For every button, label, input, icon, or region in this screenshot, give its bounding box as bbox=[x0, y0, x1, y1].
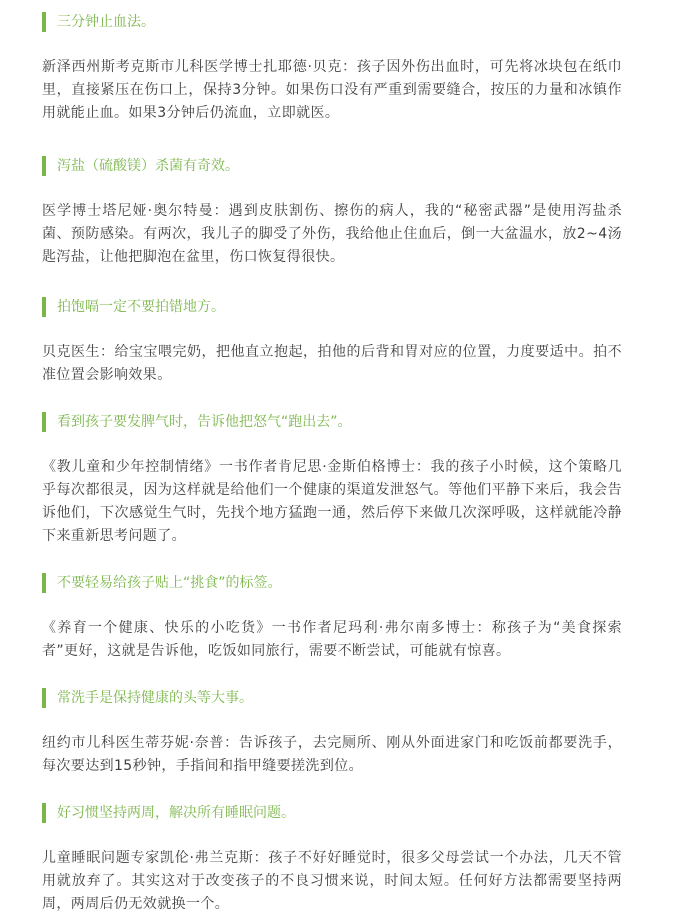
tip-section: 泻盐（硫酸镁）杀菌有奇效。 医学博士塔尼娅·奥尔特曼：遇到皮肤割伤、擦伤的病人，… bbox=[42, 145, 622, 269]
section-heading: 看到孩子要发脾气时，告诉他把怒气“跑出去”。 bbox=[42, 412, 622, 432]
accent-bar bbox=[42, 803, 46, 823]
section-paragraph: 新泽西州斯考克斯市儿科医学博士扎耶德·贝克：孩子因外伤出血时，可先将冰块包在纸巾… bbox=[42, 56, 622, 125]
accent-bar bbox=[42, 297, 46, 317]
section-paragraph: 儿童睡眠问题专家凯伦·弗兰克斯：孩子不好好睡觉时，很多父母尝试一个办法，几天不管… bbox=[42, 847, 622, 914]
section-heading-text: 看到孩子要发脾气时，告诉他把怒气“跑出去”。 bbox=[57, 414, 352, 430]
accent-bar bbox=[42, 12, 46, 32]
accent-bar bbox=[42, 688, 46, 708]
accent-bar bbox=[42, 412, 46, 432]
accent-bar bbox=[42, 156, 46, 176]
tip-section: 不要轻易给孩子贴上“挑食”的标签。 《养育一个健康、快乐的小吃货》一书作者尼玛利… bbox=[42, 562, 622, 663]
section-paragraph: 纽约市儿科医生蒂芬妮·奈普：告诉孩子，去完厕所、刚从外面进家门和吃饭前都要洗手，… bbox=[42, 732, 622, 778]
section-heading-text: 好习惯坚持两周，解决所有睡眠问题。 bbox=[57, 805, 295, 821]
section-heading-text: 常洗手是保持健康的头等大事。 bbox=[57, 690, 253, 706]
section-heading: 好习惯坚持两周，解决所有睡眠问题。 bbox=[42, 803, 622, 823]
section-paragraph: 医学博士塔尼娅·奥尔特曼：遇到皮肤割伤、擦伤的病人，我的“秘密武器”是使用泻盐杀… bbox=[42, 200, 622, 269]
tip-section: 三分钟止血法。 新泽西州斯考克斯市儿科医学博士扎耶德·贝克：孩子因外伤出血时，可… bbox=[42, 1, 622, 125]
section-heading: 泻盐（硫酸镁）杀菌有奇效。 bbox=[42, 156, 622, 176]
section-heading: 三分钟止血法。 bbox=[42, 12, 622, 32]
accent-bar bbox=[42, 573, 46, 593]
section-heading-text: 三分钟止血法。 bbox=[57, 14, 155, 30]
section-paragraph: 《养育一个健康、快乐的小吃货》一书作者尼玛利·弗尔南多博士：称孩子为“美食探索者… bbox=[42, 617, 622, 663]
section-heading-text: 不要轻易给孩子贴上“挑食”的标签。 bbox=[57, 575, 282, 591]
section-heading: 不要轻易给孩子贴上“挑食”的标签。 bbox=[42, 573, 622, 593]
section-heading: 常洗手是保持健康的头等大事。 bbox=[42, 688, 622, 708]
tip-section: 看到孩子要发脾气时，告诉他把怒气“跑出去”。 《教儿童和少年控制情绪》一书作者肯… bbox=[42, 401, 622, 548]
tip-section: 常洗手是保持健康的头等大事。 纽约市儿科医生蒂芬妮·奈普：告诉孩子，去完厕所、刚… bbox=[42, 677, 622, 778]
section-heading: 拍饱嗝一定不要拍错地方。 bbox=[42, 297, 622, 317]
tip-section: 好习惯坚持两周，解决所有睡眠问题。 儿童睡眠问题专家凯伦·弗兰克斯：孩子不好好睡… bbox=[42, 792, 622, 914]
section-heading-text: 拍饱嗝一定不要拍错地方。 bbox=[57, 299, 225, 315]
section-paragraph: 《教儿童和少年控制情绪》一书作者肯尼思·金斯伯格博士：我的孩子小时候，这个策略几… bbox=[42, 456, 622, 548]
tip-section: 拍饱嗝一定不要拍错地方。 贝克医生：给宝宝喂完奶，把他直立抱起，拍他的后背和胃对… bbox=[42, 286, 622, 387]
section-heading-text: 泻盐（硫酸镁）杀菌有奇效。 bbox=[57, 158, 239, 174]
section-paragraph: 贝克医生：给宝宝喂完奶，把他直立抱起，拍他的后背和胃对应的位置，力度要适中。拍不… bbox=[42, 341, 622, 387]
